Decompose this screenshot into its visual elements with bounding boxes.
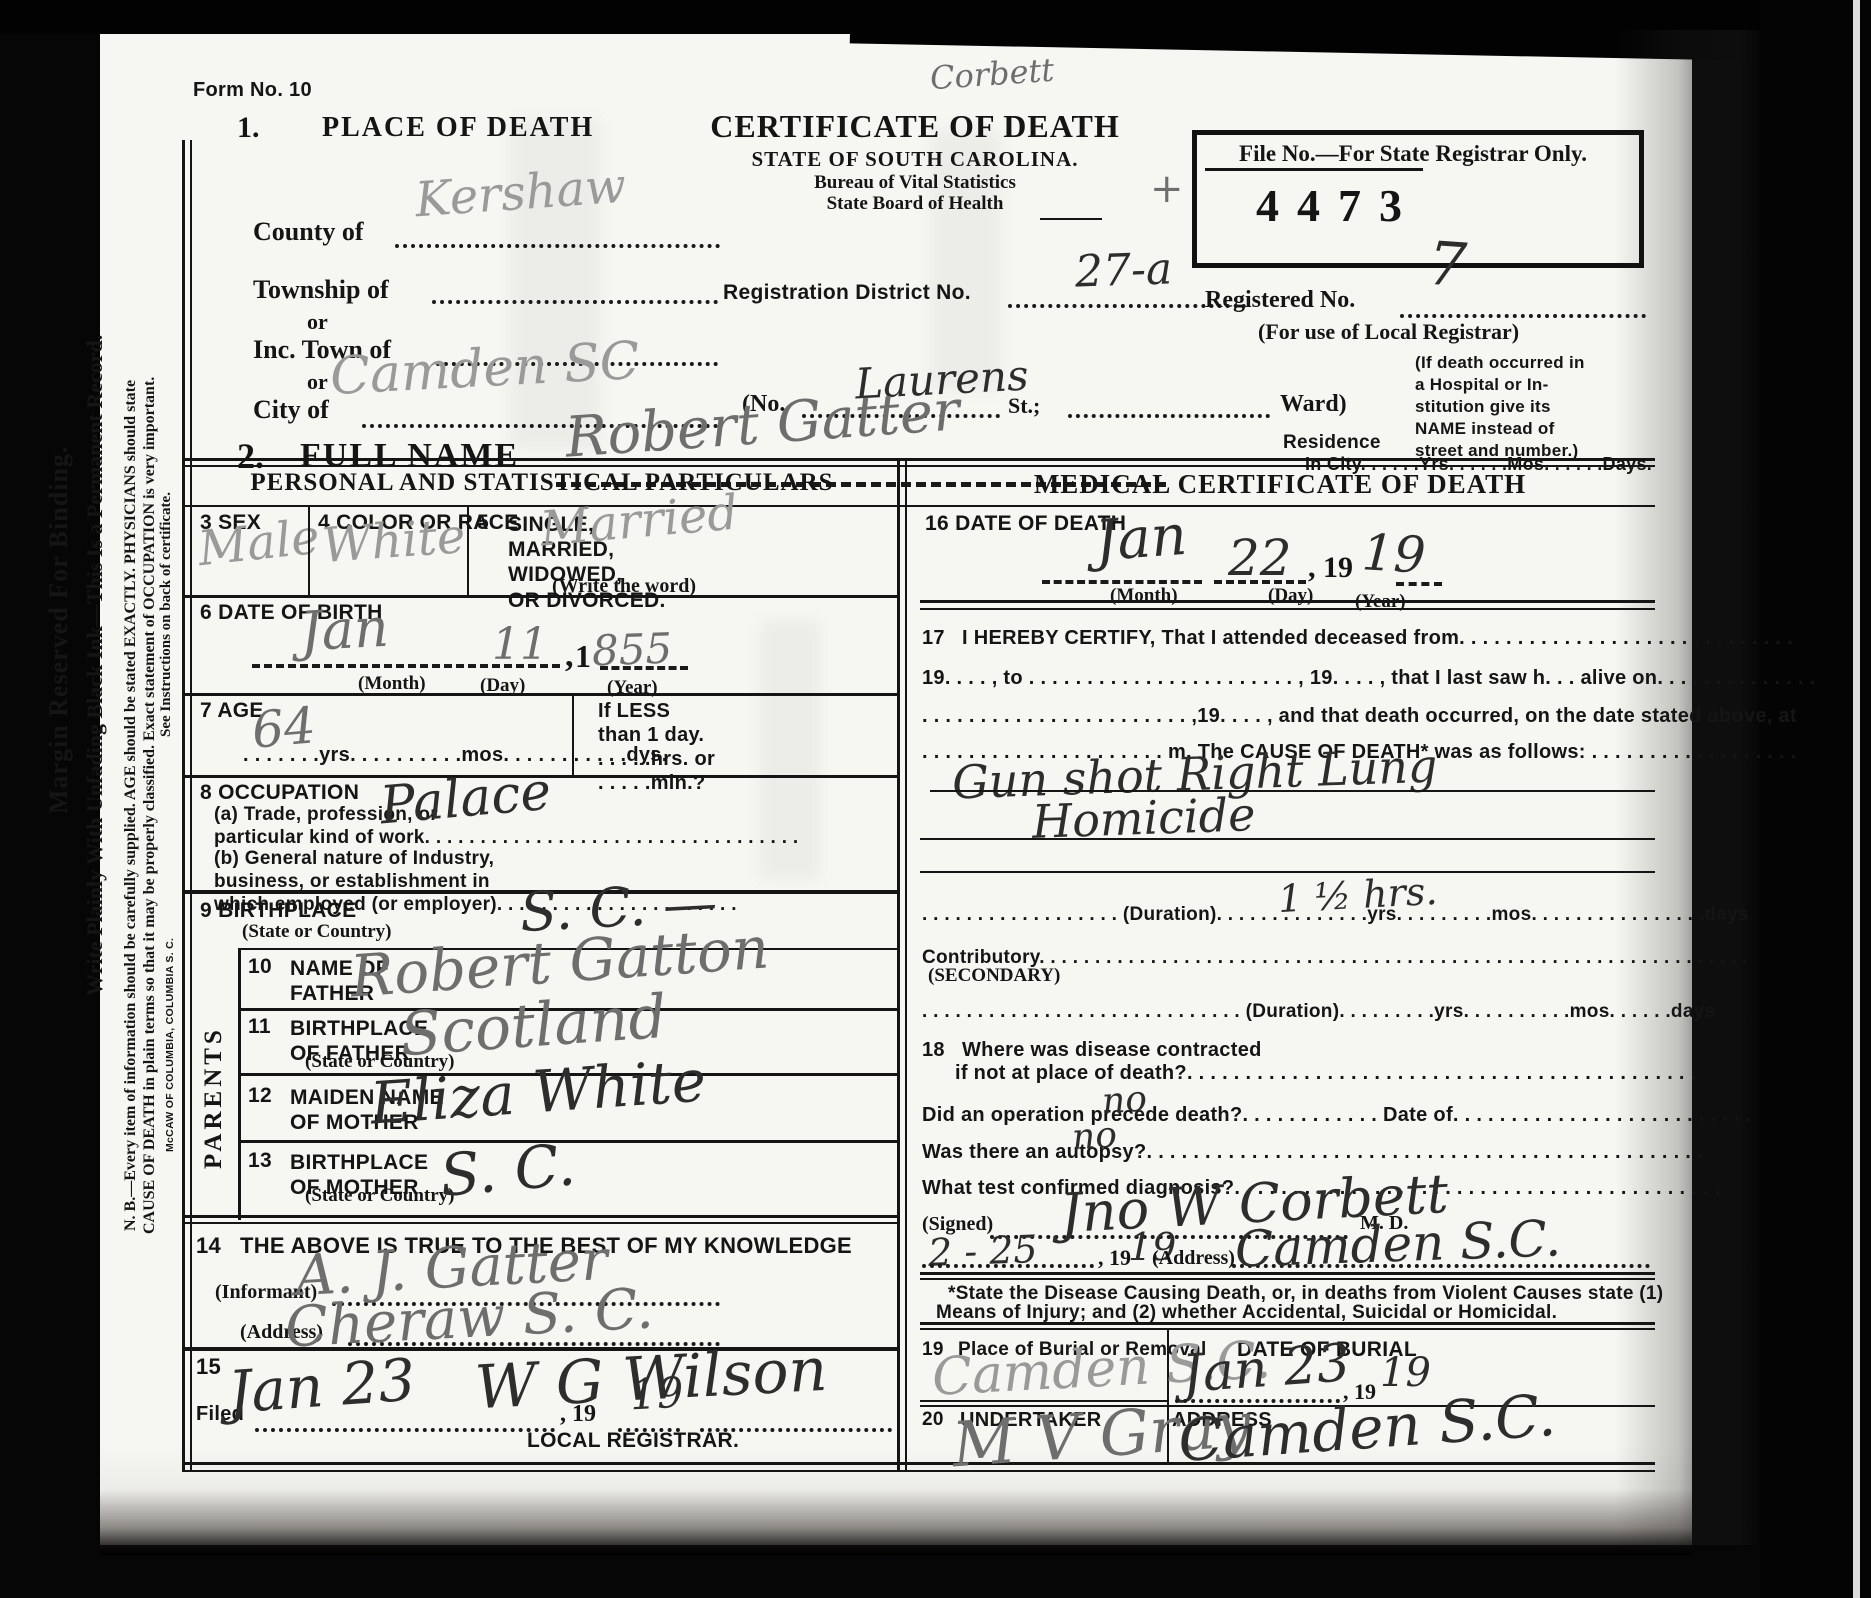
duration-line: . . . . . . . . . . . . . . . . . . (Dur… [922, 905, 1749, 925]
write-word-caption: (Write the word) [552, 576, 696, 597]
where-contracted-line1: Where was disease contracted [962, 1040, 1262, 1061]
birthplace-sub-caption: (State or Country) [242, 922, 392, 942]
certify-line2: 19. . . . , to . . . . . . . . . . . . .… [922, 668, 1815, 689]
undertaker-number: 20 [922, 1410, 944, 1430]
comma: , [565, 638, 574, 674]
where-contracted-line2: if not at place of death?. . . . . . . .… [955, 1063, 1696, 1084]
mother-birthplace-number: 13 [248, 1150, 272, 1172]
registered-no-value: 7 [1426, 233, 1468, 299]
race-value: White [320, 511, 466, 571]
filed-date-value: Jan 23 [226, 1350, 417, 1424]
mother-name-number: 12 [248, 1085, 272, 1107]
dotted-line [255, 1428, 555, 1432]
marital-number: 5 [477, 512, 489, 534]
divider [1040, 218, 1102, 220]
margin-permanent-record-note: Write Plainly With Unfading Black Ink—Th… [82, 215, 108, 1115]
signature-address-value: Camden S.C. [1234, 1212, 1562, 1276]
divider [572, 695, 574, 775]
strike-line [1205, 168, 1423, 171]
occupation-label: 8 OCCUPATION [200, 782, 359, 804]
certificate-title: CERTIFICATE OF DEATH [700, 110, 1130, 144]
margin-nb-note-line2: CAUSE OF DEATH in plain terms so that it… [141, 300, 159, 1310]
death-year-prefix: , 19 [1308, 552, 1353, 584]
margin-nb-note-line1: N. B.—Every item of information should b… [122, 300, 140, 1310]
state-line: STATE OF SOUTH CAROLINA. [700, 148, 1130, 170]
signature-year-prefix: , 19 [1098, 1246, 1131, 1269]
form-left-border [182, 140, 185, 1470]
divider [467, 507, 469, 595]
death-year-value: 19 [1361, 526, 1427, 582]
divider [182, 505, 1655, 507]
dob-month-value: Jan [299, 600, 390, 661]
divider [920, 1278, 1655, 1280]
occupation-value: Palace [378, 765, 553, 834]
dob-year-value: 855 [591, 627, 673, 674]
section1-title: PLACE OF DEATH [322, 113, 594, 142]
registration-district-value: 27-a [1074, 246, 1173, 296]
parents-group-label: PARENTS [200, 1005, 228, 1190]
secondary-caption: (SECONDARY) [928, 966, 1060, 986]
margin-printer-imprint: McCAW OF COLUMBIA, COLUMBIA S. C. [164, 920, 176, 1170]
signature-address-label: (Address) [1152, 1248, 1235, 1269]
margin-binding-note: Margin Reserved For Binding. [44, 390, 74, 870]
divider [920, 1322, 1655, 1325]
ward-label: Ward) [1280, 392, 1347, 417]
medical-section-header: MEDICAL CERTIFICATE OF DEATH [910, 470, 1650, 498]
local-registrar-note: (For use of Local Registrar) [1258, 320, 1519, 343]
form-bottom-border-inner [182, 1470, 1655, 1472]
personal-section-header: PERSONAL AND STATISTICAL PARTICULARS [192, 470, 892, 496]
form-bottom-border [182, 1462, 1655, 1465]
death-day-value: 22 [1228, 532, 1292, 585]
where-contracted-number: 18 [922, 1040, 945, 1061]
autopsy-answer: no [1071, 1116, 1118, 1157]
hospital-note: (If death occurred in a Hospital or In- … [1415, 352, 1665, 462]
board-line: State Board of Health [700, 194, 1130, 214]
dob-day-value: 11 [492, 622, 548, 668]
dotted-line [1068, 414, 1270, 418]
file-number: 4473 [1256, 182, 1420, 230]
dob-year-printed-1: 1 [575, 640, 591, 674]
divider [920, 608, 1655, 610]
divider [930, 790, 1655, 792]
operation-question: Did an operation precede death?. . . . .… [922, 1105, 1752, 1126]
margin-see-instructions-note: See Instructions on back of certificate. [158, 380, 175, 850]
scan-edge-white-line [1853, 0, 1860, 1598]
burial-year-value: 19 [1380, 1352, 1431, 1394]
bureau-line: Bureau of Vital Statistics [700, 173, 1130, 193]
registration-district-label: Registration District No. [723, 282, 971, 304]
divider [308, 507, 310, 595]
father-birthplace-number: 11 [248, 1016, 271, 1038]
footnote-line1: *State the Disease Causing Death, or, in… [948, 1284, 1663, 1304]
certify-line1: I HEREBY CERTIFY, That I attended deceas… [962, 628, 1793, 649]
file-box-label: File No.—For State Registrar Only. [1200, 142, 1626, 166]
divider [182, 1215, 897, 1218]
column-divider [897, 458, 900, 1470]
mother-birthplace-sub-caption: (State or Country) [305, 1186, 455, 1206]
divider [920, 838, 1655, 840]
divider [920, 1272, 1655, 1275]
local-registrar-label: LOCAL REGISTRAR. [527, 1430, 739, 1452]
sex-value: Male [196, 512, 322, 575]
if-less-note: If LESS than 1 day. . . . . .hrs. or . .… [598, 699, 715, 795]
divider [182, 595, 897, 598]
form-number: Form No. 10 [193, 80, 312, 101]
divider [182, 1222, 897, 1224]
autopsy-question: Was there an autopsy?. . . . . . . . . .… [922, 1142, 1703, 1163]
section1-number: 1. [237, 112, 260, 144]
street-label: St.; [1008, 394, 1040, 417]
filed-number: 15 [196, 1355, 221, 1378]
form-left-border-inner [190, 140, 192, 1470]
divider [920, 600, 1655, 603]
dotted-line [432, 300, 718, 304]
residence-label: Residence [1283, 433, 1381, 453]
truth-number: 14 [196, 1234, 221, 1257]
certify-line3: . . . . . . . . . . . . . . . . . . . . … [922, 706, 1797, 727]
divider [920, 1328, 1655, 1330]
certify-number: 17 [922, 628, 945, 649]
dotted-line [1400, 314, 1646, 318]
township-label: Township of [253, 276, 389, 303]
or-label: or [307, 370, 328, 393]
dashed-line [1042, 580, 1202, 584]
pencil-annotation: Corbett [929, 54, 1055, 96]
city-label: City of [253, 396, 329, 423]
dotted-line [395, 244, 720, 248]
divider [182, 693, 897, 696]
death-month-value: Jan [1093, 507, 1189, 572]
birthplace-label: 9 BIRTHPLACE [200, 900, 356, 922]
pencil-mark: + [1150, 168, 1184, 210]
footnote-line2: Means of Injury; and (2) whether Acciden… [936, 1303, 1557, 1323]
county-label: County of [253, 218, 364, 245]
duration2-line: . . . . . . . . . . . . . . . . . . . . … [922, 1002, 1715, 1022]
father-name-number: 10 [248, 956, 272, 978]
or-label: or [307, 310, 328, 333]
dotted-line [922, 1264, 1094, 1268]
divider [238, 948, 241, 1220]
column-divider-inner [905, 458, 907, 1470]
divider [920, 871, 1655, 873]
month-caption: (Month) [358, 674, 426, 694]
scanned-death-certificate: Margin Reserved For Binding. Write Plain… [0, 0, 1871, 1598]
registered-no-label: Registered No. [1205, 288, 1355, 313]
mother-birthplace-value: S. C. [438, 1134, 578, 1206]
